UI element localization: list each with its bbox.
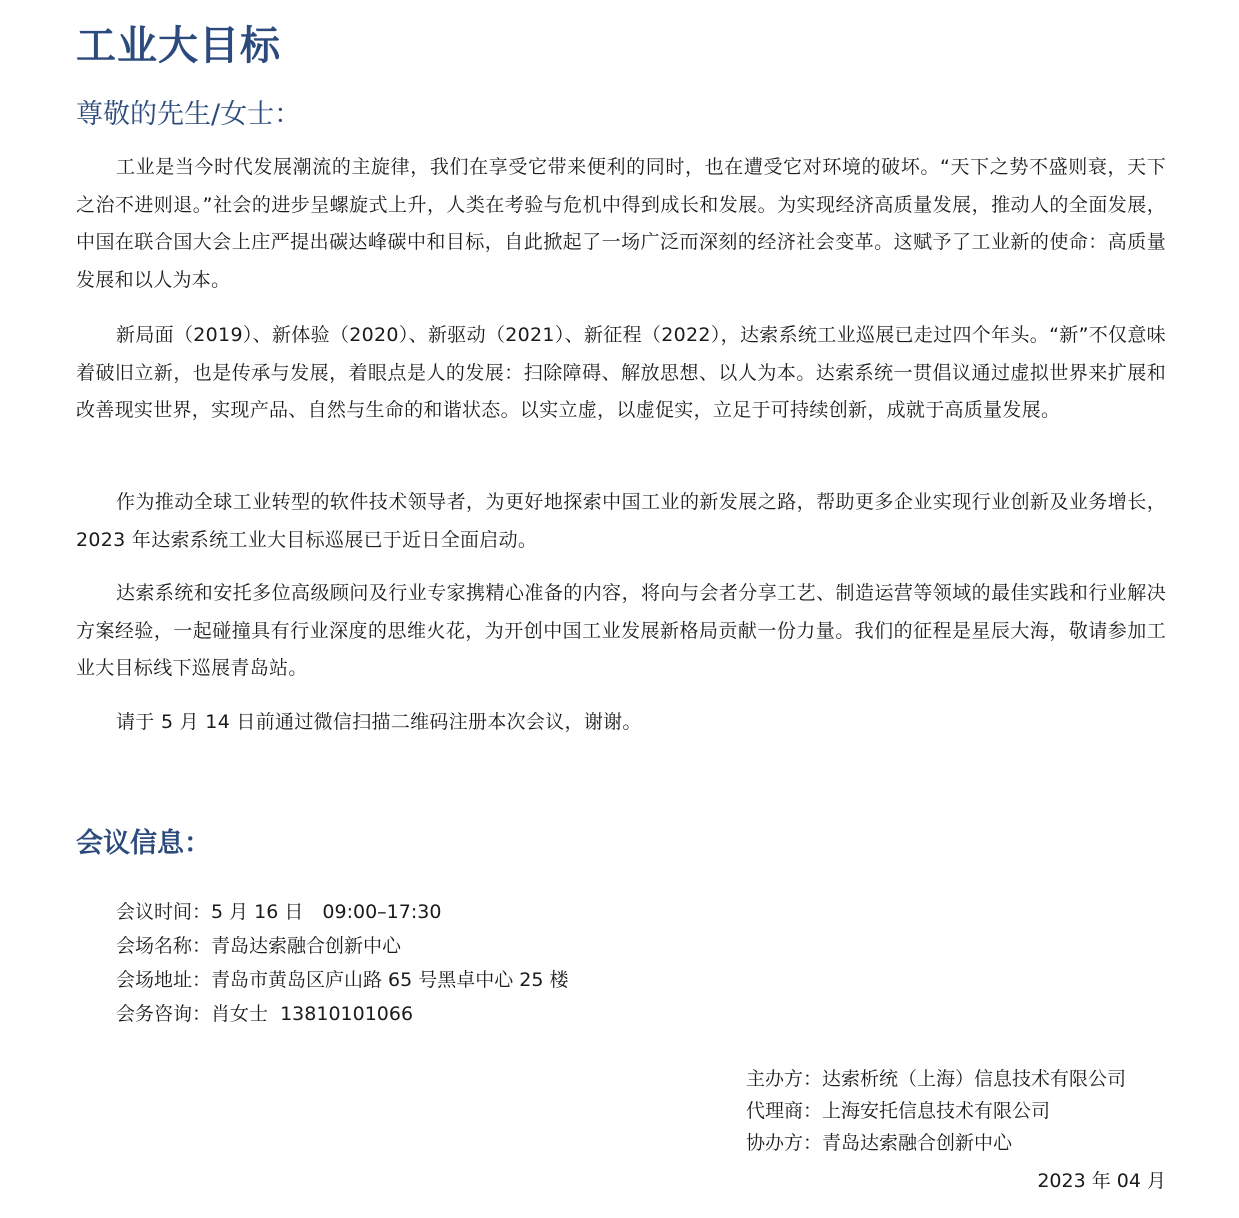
agent-row: 代理商：上海安托信息技术有限公司 — [746, 1095, 1166, 1127]
venue-address-value: 青岛市黄岛区庐山路 65 号黑卓中心 25 楼 — [211, 969, 569, 991]
paragraph-intro: 工业是当今时代发展潮流的主旋律，我们在享受它带来便利的同时，也在遭受它对环境的破… — [76, 149, 1166, 299]
venue-address-label: 会场地址： — [116, 969, 211, 991]
co-host-label: 协办方： — [746, 1132, 822, 1154]
paragraph-launch: 作为推动全球工业转型的软件技术领导者，为更好地探索中国工业的新发展之路，帮助更多… — [76, 484, 1166, 559]
organizers-block: 主办方：达索析统（上海）信息技术有限公司 代理商：上海安托信息技术有限公司 协办… — [746, 1063, 1166, 1197]
agent-value: 上海安托信息技术有限公司 — [822, 1100, 1050, 1122]
paragraph-invitation: 达索系统和安托多位高级顾问及行业专家携精心准备的内容，将向与会者分享工艺、制造运… — [76, 575, 1166, 688]
contact-value: 肖女士 13810101066 — [211, 1003, 413, 1025]
paragraph-registration: 请于 5 月 14 日前通过微信扫描二维码注册本次会议，谢谢。 — [76, 704, 1166, 742]
contact-label: 会务咨询： — [116, 1003, 211, 1025]
salutation: 尊敬的先生/女士： — [76, 92, 301, 131]
paragraph-history: 新局面（2019）、新体验（2020）、新驱动（2021）、新征程（2022），… — [76, 317, 1166, 430]
meeting-time-value: 5 月 16 日 09:00–17:30 — [211, 901, 441, 923]
venue-name-value: 青岛达索融合创新中心 — [211, 935, 401, 957]
document-title: 工业大目标 — [76, 14, 281, 71]
co-host-value: 青岛达索融合创新中心 — [822, 1132, 1012, 1154]
meeting-time-label: 会议时间： — [116, 901, 211, 923]
contact-row: 会务咨询：肖女士 13810101066 — [116, 997, 569, 1031]
venue-name-row: 会场名称：青岛达索融合创新中心 — [116, 929, 569, 963]
agent-label: 代理商： — [746, 1100, 822, 1122]
venue-name-label: 会场名称： — [116, 935, 211, 957]
venue-address-row: 会场地址：青岛市黄岛区庐山路 65 号黑卓中心 25 楼 — [116, 963, 569, 997]
document-date: 2023 年 04 月 — [746, 1165, 1166, 1197]
meeting-info-list: 会议时间：5 月 16 日 09:00–17:30 会场名称：青岛达索融合创新中… — [116, 895, 569, 1031]
co-host-row: 协办方：青岛达索融合创新中心 — [746, 1127, 1166, 1159]
host-value: 达索析统（上海）信息技术有限公司 — [822, 1068, 1126, 1090]
meeting-time-row: 会议时间：5 月 16 日 09:00–17:30 — [116, 895, 569, 929]
host-label: 主办方： — [746, 1068, 822, 1090]
meeting-info-heading: 会议信息： — [76, 821, 211, 860]
host-row: 主办方：达索析统（上海）信息技术有限公司 — [746, 1063, 1166, 1095]
